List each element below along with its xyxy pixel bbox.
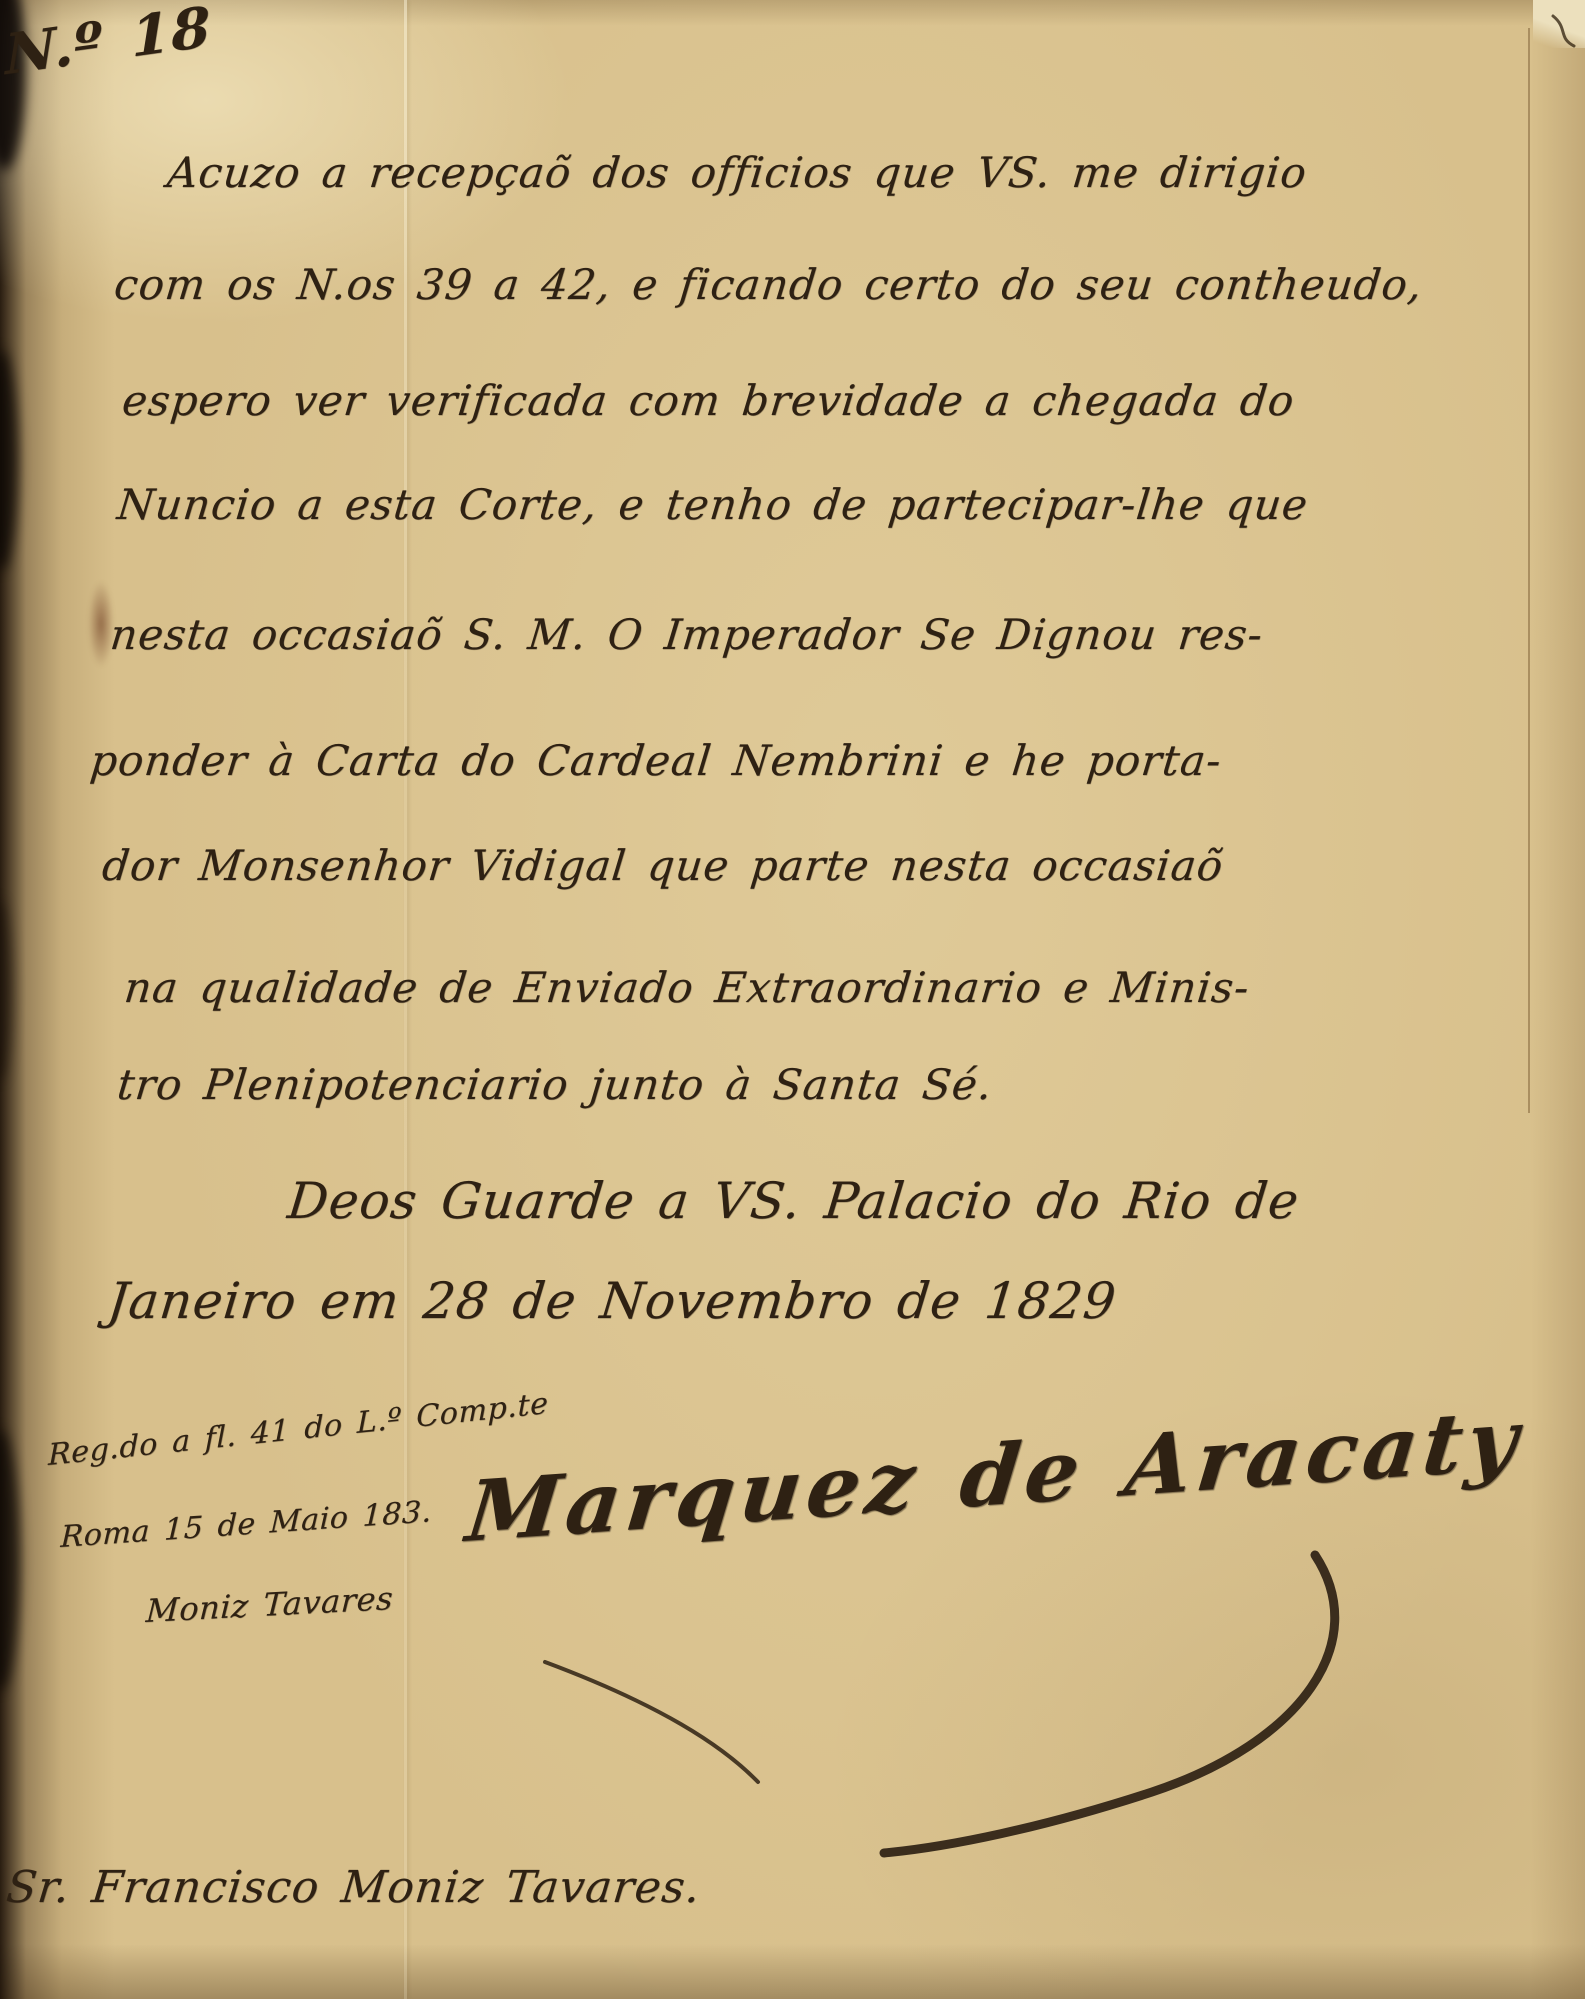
body-line-6: ponder à Carta do Cardeal Nembrini e he … [88, 738, 1224, 784]
body-line-7: dor Monsenhor Vidigal que parte nesta oc… [100, 843, 1226, 889]
body-line-5: nesta occasiaõ S. M. O Imperador Se Dign… [108, 612, 1265, 658]
manuscript-page: N.º 18 Acuzo a recepçaõ dos officios que… [0, 0, 1585, 1999]
registration-line-3: Moniz Tavares [145, 1579, 394, 1630]
gutter-shadow-lower [0, 900, 12, 1080]
underlying-page-edge [1528, 28, 1530, 1113]
body-line-8: na qualidade de Enviado Extraordinario e… [122, 965, 1252, 1011]
registration-line-1: Reg.do a fl. 41 do L.º Comp.te [48, 1386, 548, 1473]
body-line-1: Acuzo a recepçaõ dos officios que VS. me… [165, 150, 1309, 196]
body-line-3: espero ver verificada com brevidade a ch… [120, 378, 1297, 424]
closing-line-2: Janeiro em 28 de Novembro de 1829 [105, 1272, 1119, 1330]
next-page-corner [1533, 0, 1585, 48]
body-line-2: com os N.os 39 a 42, e ficando certo do … [112, 262, 1425, 308]
document-number: N.º 18 [4, 0, 213, 88]
addressee: Sr. Francisco Moniz Tavares. [4, 1862, 703, 1913]
body-line-9: tro Plenipotenciario junto à Santa Sé. [115, 1062, 995, 1108]
closing-line-1: Deos Guarde a VS. Palacio do Rio de [285, 1172, 1302, 1230]
gutter-shadow-mid [0, 350, 18, 570]
gutter-shadow-bottom [0, 1430, 20, 1690]
registration-line-2: Roma 15 de Maio 183. [60, 1494, 432, 1555]
signature: Marquez de Aracaty [462, 1389, 1527, 1561]
body-line-4: Nuncio a esta Corte, e tenho de partecip… [115, 482, 1310, 528]
registration-flourish [545, 1662, 758, 1782]
